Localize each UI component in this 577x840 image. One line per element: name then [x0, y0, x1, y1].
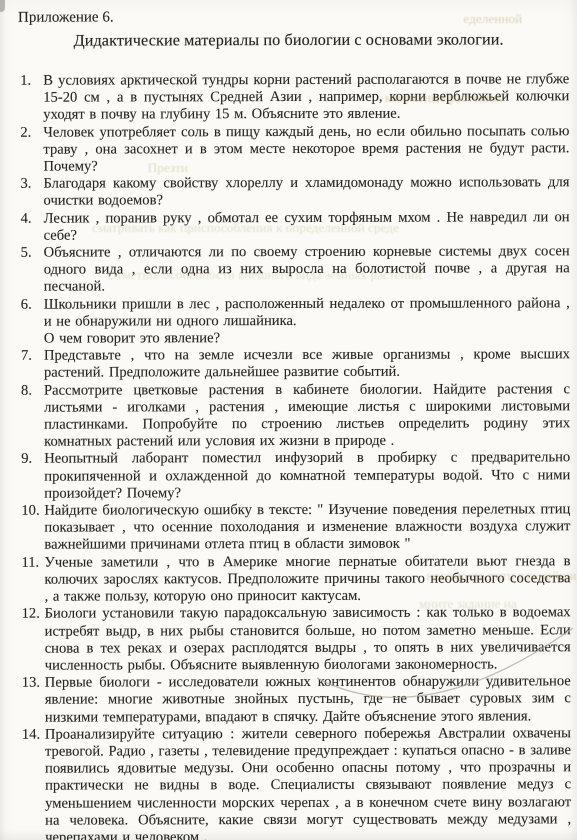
question-list: 1. В условиях арктической тундры корни р… [20, 71, 571, 840]
question-text: Проанализируйте ситуацию : жители северн… [45, 725, 571, 840]
question-item: 8. Рассмотрите цветковые растения в каби… [21, 381, 570, 451]
question-item: 3. Благодаря какому свойству хлореллу и … [20, 174, 569, 210]
scan-corner-smudge [0, 0, 5, 12]
question-item: 2. Человек употребляет соль в пищу кажды… [20, 123, 569, 176]
question-number: 7. [21, 348, 44, 365]
document-content: Приложение 6. Дидактические материалы по… [0, 0, 577, 840]
question-number: 10. [21, 503, 44, 520]
question-number: 2. [20, 124, 43, 141]
question-number: 8. [21, 382, 44, 399]
question-item: 11. Ученые заметили , что в Америке мног… [21, 553, 570, 606]
question-item: 14. Проанализируйте ситуацию : жители се… [22, 725, 571, 840]
question-number: 9. [21, 451, 44, 468]
question-number: 1. [20, 73, 43, 90]
question-item: 5. Объясните , отличаются ли по своему с… [21, 243, 570, 296]
question-number: 14. [22, 726, 45, 743]
question-item: 10. Найдите биологическую ошибку в текст… [21, 501, 570, 554]
question-text: В условиях арктической тундры корни раст… [43, 71, 569, 124]
question-number: 3. [20, 176, 43, 193]
question-number: 13. [22, 675, 45, 692]
question-text: Первые биологи - исследователи южных кон… [45, 673, 571, 726]
question-text: Представьте , что на земле исчезли все ж… [44, 347, 570, 383]
question-item: 13. Первые биологи - исследователи южных… [22, 673, 571, 726]
page-title: Дидактические материалы по биологии с ос… [0, 29, 577, 51]
question-text: Благодаря какому свойству хлореллу и хла… [43, 174, 569, 210]
question-item: 7. Представьте , что на земле исчезли вс… [21, 347, 570, 383]
question-text: Биологи установили такую парадоксальную … [45, 605, 571, 675]
question-number: 4. [21, 210, 44, 227]
appendix-label: Приложение 6. [18, 7, 577, 27]
question-text: Объясните , отличаются ли по своему стро… [44, 243, 570, 296]
question-text: Найдите биологическую ошибку в тексте: "… [44, 501, 570, 554]
question-text: Рассмотрите цветковые растения в кабинет… [44, 381, 570, 451]
question-text: Лесник , поранив руку , обмотал ее сухим… [44, 209, 570, 245]
question-number: 12. [22, 606, 45, 623]
question-item: 1. В условиях арктической тундры корни р… [20, 71, 569, 124]
question-item: 9. Неопытный лаборант поместил инфузорий… [21, 450, 570, 503]
question-text: Школьники пришли в лес , расположенный н… [44, 295, 570, 348]
scanned-document-page: Приложение 6. Дидактические материалы по… [0, 0, 577, 840]
question-text: Ученые заметили , что в Америке многие п… [44, 553, 570, 606]
question-item: 4. Лесник , поранив руку , обмотал ее су… [21, 209, 570, 245]
question-number: 6. [21, 296, 44, 313]
question-number: 11. [21, 554, 44, 571]
question-item: 6. Школьники пришли в лес , расположенны… [21, 295, 570, 348]
question-number: 5. [21, 245, 44, 262]
question-text: Неопытный лаборант поместил инфузорий в … [44, 450, 570, 503]
question-text: Человек употребляет соль в пищу каждый д… [43, 123, 569, 176]
question-item: 12. Биологи установили такую парадоксаль… [22, 605, 571, 675]
